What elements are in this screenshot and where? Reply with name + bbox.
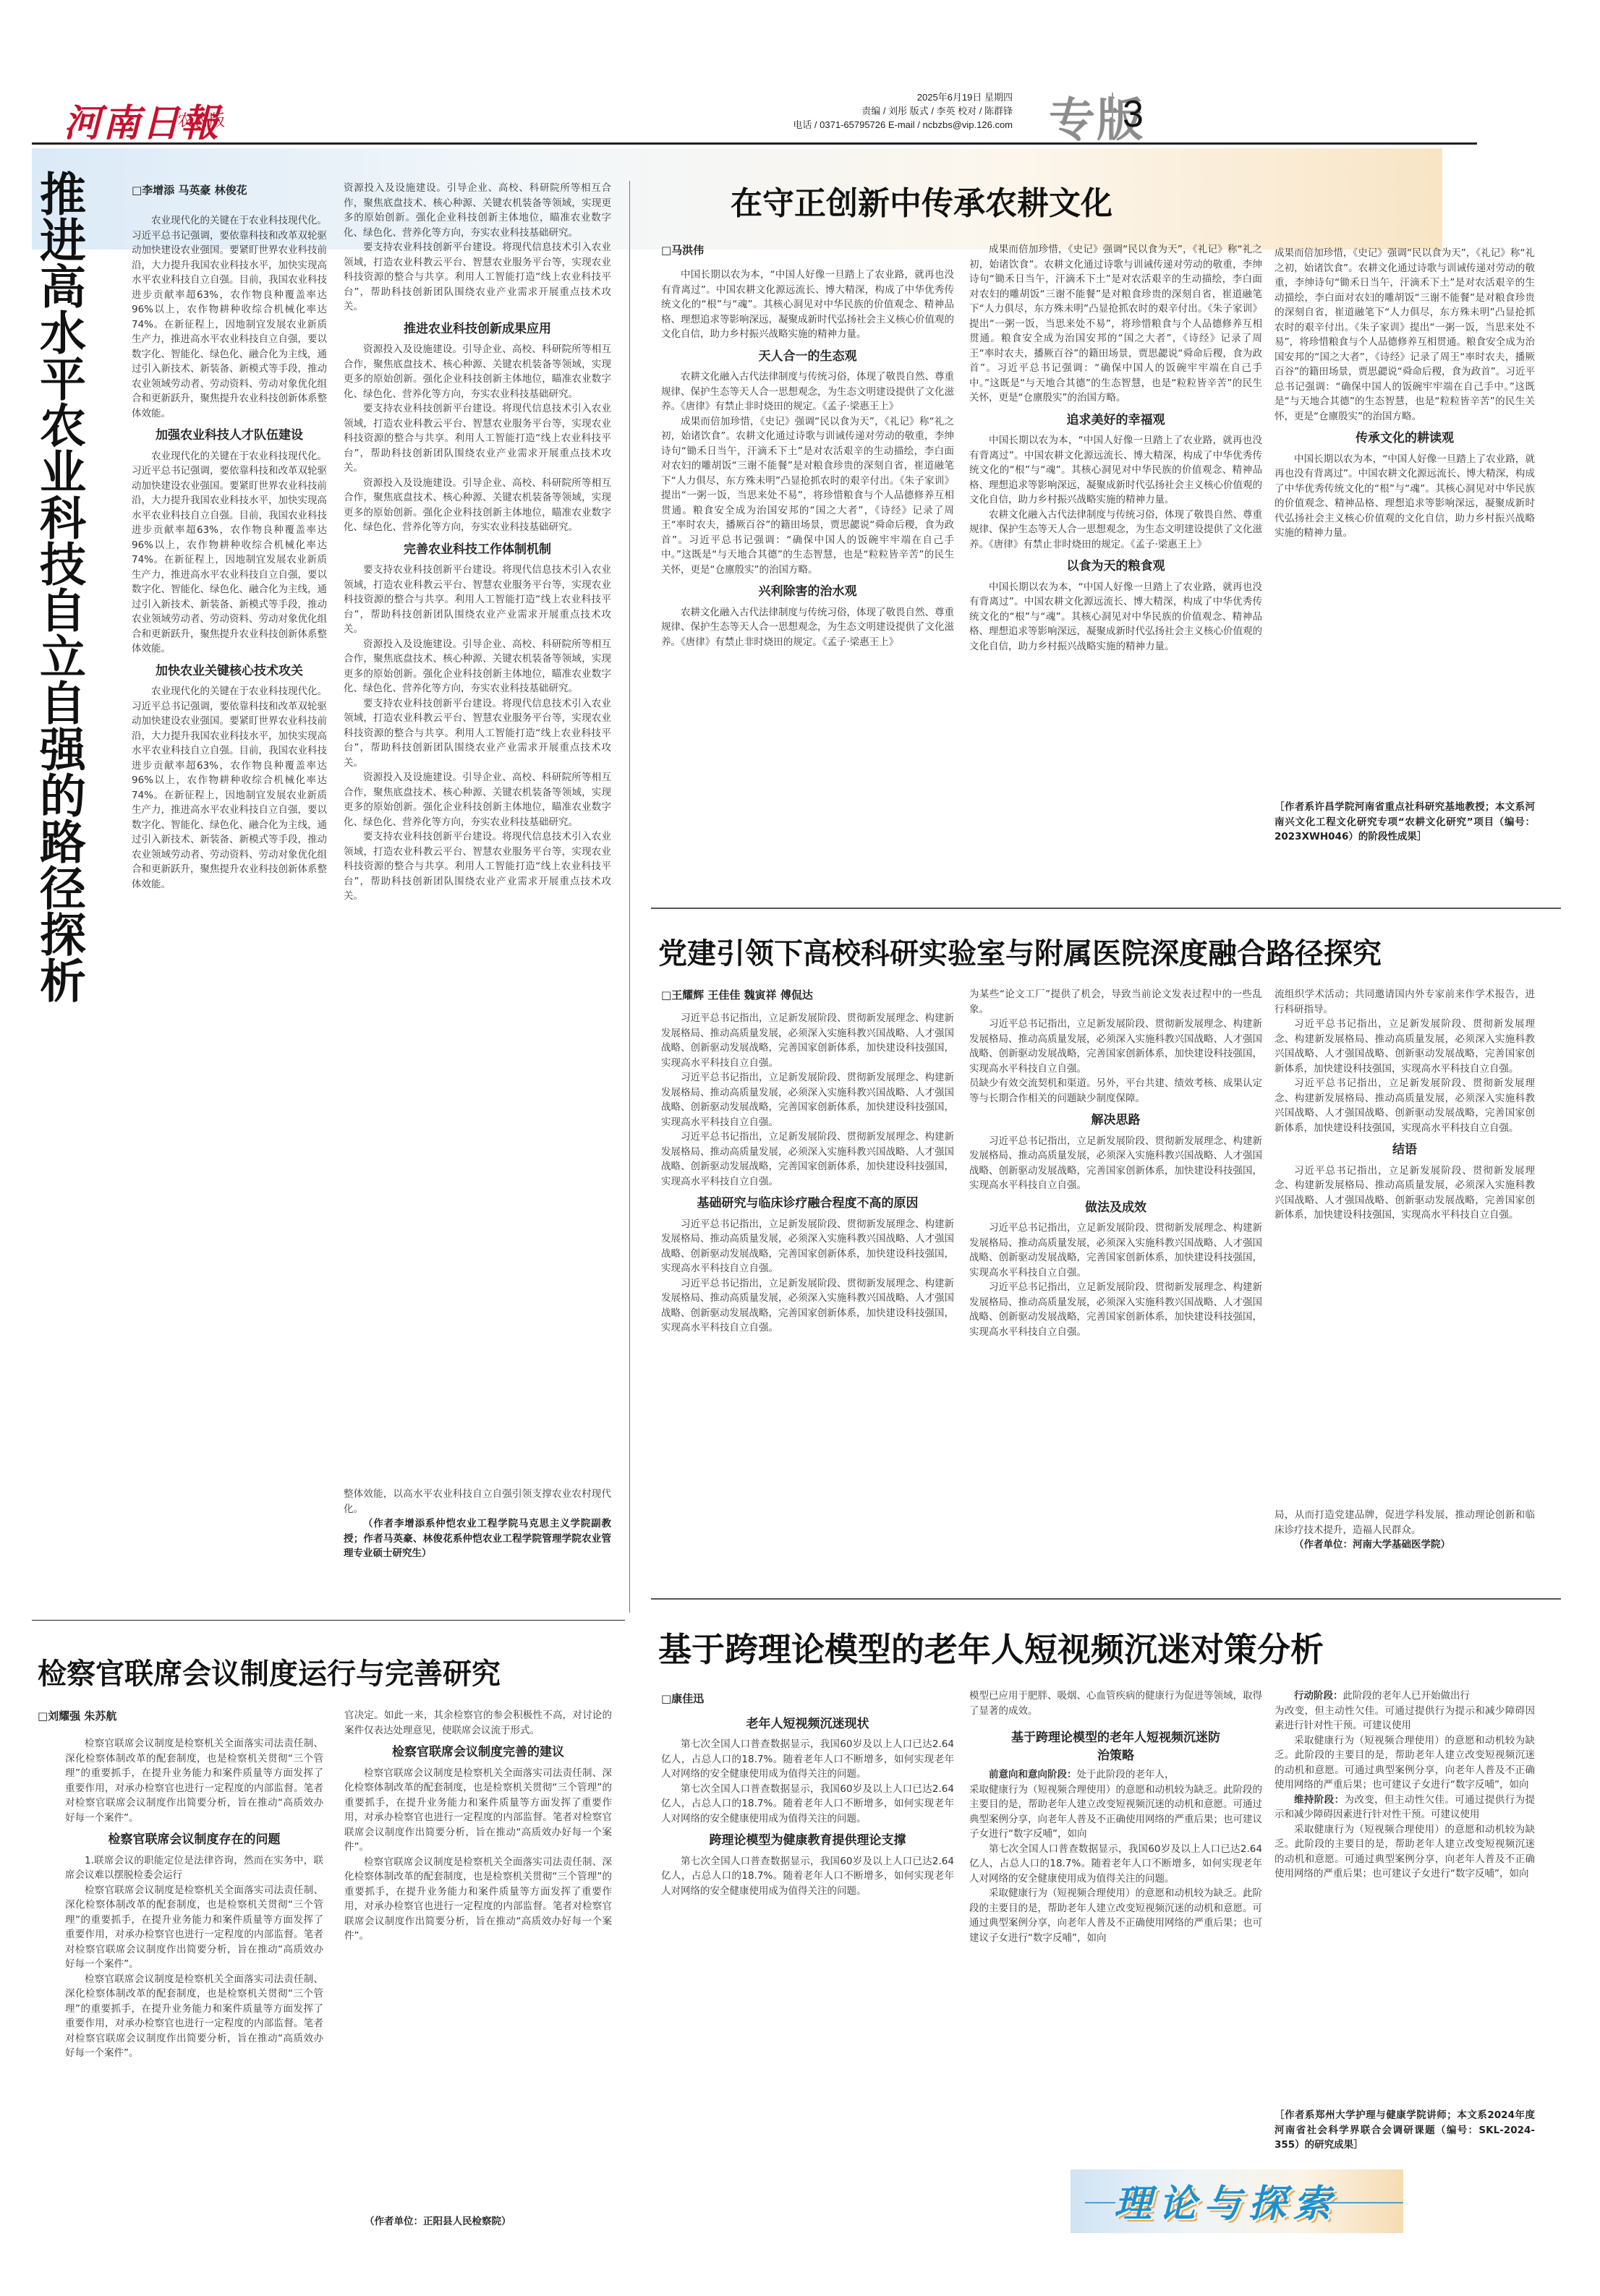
article-5-title: 基于跨理论模型的老年人短视频沉迷对策分析 [658,1623,1324,1671]
article-5-col-1: □康佳迅 老年人短视频沉迷现状 第七次全国人口普查数据显示，我国60岁及以上人口… [661,1691,954,2222]
article-2-author-note: ［作者系许昌学院河南省重点社科研究基地教授；本文系河南兴文化工程文化研究专项“农… [1275,800,1535,845]
article-divider [651,908,1561,909]
article-5-body-2: 模型已应用于肥胖、吸烟、心血管疾病的健康行为促进等领域，取得了显著的成效。 [969,1689,1262,1718]
paragraph: 资源投入及设施建设。引导企业、高校、科研院所等相互合作，聚焦底盘技术、核心种源、… [344,476,611,535]
article-1-title: 推进高水平农业科技自立自强的路径探析 [29,170,87,1023]
article-2-col-2: 成果而倍加珍惜，《史记》强调“民以食为天”，《礼记》称“礼之初，始诸饮食”。农耕… [969,242,1262,857]
paragraph: 采取健康行为（短视频合理使用）的意愿和动机较为缺乏。此阶段的主要目的是，帮助老年… [1275,1733,1535,1793]
article-3-body-3: 流组织学术活动；共同邀请国内外专家前来作学术报告，进行科研指导。 习近平总书记指… [1275,987,1535,1508]
article-1-col-2: 资源投入及设施建设。引导企业、高校、科研院所等相互合作，聚焦底盘技术、核心种源、… [344,181,611,1561]
article-2-title: 在守正创新中传承农耕文化 [731,177,1112,223]
article-4-title: 检察官联席会议制度运行与完善研究 [38,1651,501,1692]
paragraph: 习近平总书记指出，立足新发展阶段、贯彻新发展理念、构建新发展格局、推动高质量发展… [661,1070,954,1130]
subhead: 完善农业科技工作体制机制 [344,542,611,558]
article-2-body: 中国长期以农为本，“中国人好像一旦踏上了农业路，就再也没有背离过”。中国农耕文化… [661,268,954,861]
article-5-body-2b: 前意向和意向阶段：处于此阶段的老年人， 采取健康行为（短视频合理使用）的意愿和动… [969,1767,1262,2230]
subhead: 解决思路 [969,1113,1262,1128]
subhead: 兴利除害的治水观 [661,584,954,599]
article-5-col-2: 模型已应用于肥胖、吸烟、心血管疾病的健康行为促进等领域，取得了显著的成效。 基于… [969,1689,1262,2230]
subhead: 基础研究与临床诊疗融合程度不高的原因 [661,1196,954,1211]
article-5-body-3: 行动阶段：此阶段的老年人已开始做出行 为改变，但主动性欠佳。可通过提供行为提示和… [1275,1689,1535,2108]
subhead: 检察官联席会议制度存在的问题 [65,1832,323,1848]
page-number: 3 [1123,93,1144,136]
paragraph: 农业现代化的关键在于农业科技现代化。习近平总书记强调，要依靠科技和改革双轮驱动加… [132,213,327,421]
paragraph: 习近平总书记指出，立足新发展阶段、贯彻新发展理念、构建新发展格局、推动高质量发展… [969,1017,1262,1076]
subhead: 做法及成效 [969,1200,1262,1216]
paragraph: 成果而倍加珍惜，《史记》强调“民以食为天”，《礼记》称“礼之初，始诸饮食”。农耕… [1275,246,1535,424]
paragraph: 采取健康行为（短视频合理使用）的意愿和动机较为缺乏。此阶段的主要目的是，帮助老年… [969,1783,1262,1842]
subhead: 以食为天的粮食观 [969,559,1262,574]
paragraph: 检察官联席会议制度是检察机关全面落实司法责任制、深化检察体制改革的配套制度，也是… [344,1855,612,1944]
paragraph: 为某些“论文工厂”提供了机会，导致当前论文发表过程中的一些乱象。 [969,987,1262,1017]
issue-date: 2025年6月19日 星期四 [651,90,1013,104]
paragraph: 1.联席会议的职能定位是法律咨询，然而在实务中，联席会议难以摆脱检委会运行 [65,1853,323,1883]
paragraph: 农耕文化融入古代法律制度与传统习俗，体现了敬畏自然、尊重规律、保护生态等天人合一… [661,605,954,650]
stage-text: 处于此阶段的老年人， [1077,1769,1175,1780]
maintain-stage-label: 维持阶段： [1294,1794,1344,1806]
article-5-author-note: ［作者系郑州大学护理与健康学院讲师；本文系2024年度河南省社会科学界联合会调研… [1275,2108,1535,2153]
subhead: 传承文化的耕读观 [1275,431,1535,446]
edition-label: 农村版 [177,108,225,131]
article-divider [651,1598,1561,1600]
paragraph: 检察官联席会议制度是检察机关全面落实司法责任制、深化检察体制改革的配套制度，也是… [65,1972,323,2061]
article-divider [32,1620,625,1621]
article-1-col-1: □李增添 马英豪 林俊花 农业现代化的关键在于农业科技现代化。习近平总书记强调，… [132,182,327,1602]
article-3-closing: 局，从而打造党建品牌，促进学科发展，推动理论创新和临床诊疗技术提升，造福人民群众… [1275,1508,1535,1553]
subhead: 基于跨理论模型的老年人短视频沉迷防治策略 [1008,1727,1225,1763]
article-5-body: 第七次全国人口普查数据显示，我国60岁及以上人口已达2.64亿人，占总人口的18… [661,1737,954,2222]
subhead: 老年人短视频沉迷现状 [661,1713,954,1731]
paragraph: 为改变，但主动性欠佳。可通过提供行为提示和减少障碍因素进行针对性干预。可建议使用 [1275,1704,1535,1733]
paragraph: 检察官联席会议制度是检察机关全面落实司法责任制、深化检察体制改革的配套制度，也是… [344,1766,612,1855]
article-2-body-3: 成果而倍加珍惜，《史记》强调“民以食为天”，《礼记》称“礼之初，始诸饮食”。农耕… [1275,246,1535,795]
masthead-rule [32,142,1477,145]
article-2-byline: □马洪伟 [661,242,954,257]
action-stage-text: 此阶段的老年人已开始做出行 [1343,1690,1471,1702]
decorative-line [1085,2202,1115,2203]
paragraph: 习近平总书记指出，立足新发展阶段、贯彻新发展理念、构建新发展格局、推动高质量发展… [969,1221,1262,1280]
paragraph: 采取健康行为（短视频合理使用）的意愿和动机较为缺乏。此阶段的主要目的是，帮助老年… [969,1886,1262,1945]
article-4-body: 检察官联席会议制度是检察机关全面落实司法责任制、深化检察体制改革的配套制度，也是… [38,1736,323,2264]
article-1-body-2: 资源投入及设施建设。引导企业、高校、科研院所等相互合作，聚焦底盘技术、核心种源、… [344,181,611,1482]
article-2-col-3: 成果而倍加珍惜，《史记》强调“民以食为天”，《礼记》称“礼之初，始诸饮食”。农耕… [1275,246,1535,845]
subhead: 跨理论模型为健康教育提供理论支撑 [661,1833,954,1848]
paragraph: 资源投入及设施建设。引导企业、高校、科研院所等相互合作，聚焦底盘技术、核心种源、… [344,342,611,401]
paragraph: 农业现代化的关键在于农业科技现代化。习近平总书记强调，要依靠科技和改革双轮驱动加… [132,449,327,657]
article-3-col-2: 为某些“论文工厂”提供了机会，导致当前论文发表过程中的一些乱象。 习近平总书记指… [969,987,1262,1595]
author-note: （作者李增添系仲恺农业工程学院马克思主义学院副教授；作者马英豪、林俊花系仲恺农业… [344,1516,611,1561]
paragraph: 要支持农业科技创新平台建设。将现代信息技术引入农业领域，打造农业科教云平台、智慧… [344,240,611,315]
paragraph: 资源投入及设施建设。引导企业、高校、科研院所等相互合作，聚焦底盘技术、核心种源、… [344,637,611,696]
subhead: 加快农业关键核心技术攻关 [132,664,327,679]
paragraph: 中国长期以农为本，“中国人好像一旦踏上了农业路，就再也没有背离过”。中国农耕文化… [1275,452,1535,541]
paragraph: 流组织学术活动；共同邀请国内外专家前来作学术报告，进行科研指导。 [1275,987,1535,1017]
paragraph: 模型已应用于肥胖、吸烟、心血管疾病的健康行为促进等领域，取得了显著的成效。 [969,1689,1262,1718]
paragraph: 农耕文化融入古代法律制度与传统习俗，体现了敬畏自然、尊重规律、保护生态等天人合一… [661,370,954,414]
paragraph: 习近平总书记指出，立足新发展阶段、贯彻新发展理念、构建新发展格局、推动高质量发展… [1275,1076,1535,1135]
article-4-col-1: □刘耀强 朱苏航 检察官联席会议制度是检察机关全面落实司法责任制、深化检察体制改… [38,1708,323,2264]
paragraph: 习近平总书记指出，立足新发展阶段、贯彻新发展理念、构建新发展格局、推动高质量发展… [661,1130,954,1189]
article-4-body-2: 官决定。如此一来，其余检察官的参会积极性不高，对讨论的案件仅表达处理意见，使联席… [344,1708,612,2214]
paragraph: 习近平总书记指出，立足新发展阶段、贯彻新发展理念、构建新发展格局、推动高质量发展… [969,1134,1262,1193]
paragraph: 中国长期以农为本，“中国人好像一旦踏上了农业路，就再也没有背离过”。中国农耕文化… [969,433,1262,508]
paragraph: 检察官联席会议制度是检察机关全面落实司法责任制、深化检察体制改革的配套制度，也是… [65,1736,323,1825]
paragraph: 要支持农业科技创新平台建设。将现代信息技术引入农业领域，打造农业科教云平台、智慧… [344,401,611,476]
paragraph: 农业现代化的关键在于农业科技现代化。习近平总书记强调，要依靠科技和改革双轮驱动加… [132,684,327,892]
paragraph: 资源投入及设施建设。引导企业、高校、科研院所等相互合作，聚焦底盘技术、核心种源、… [344,181,611,240]
subhead: 结语 [1275,1143,1535,1158]
paragraph: 要支持农业科技创新平台建设。将现代信息技术引入农业领域，打造农业科教云平台、智慧… [344,563,611,637]
paragraph: 第七次全国人口普查数据显示，我国60岁及以上人口已达2.64亿人，占总人口的18… [661,1737,954,1782]
paragraph: 习近平总书记指出，立足新发展阶段、贯彻新发展理念、构建新发展格局、推动高质量发展… [1275,1017,1535,1076]
paragraph: 中国长期以农为本，“中国人好像一旦踏上了农业路，就再也没有背离过”。中国农耕文化… [661,268,954,342]
paragraph: 习近平总书记指出，立足新发展阶段、贯彻新发展理念、构建新发展格局、推动高质量发展… [969,1280,1262,1339]
article-4-col-2: 官决定。如此一来，其余检察官的参会积极性不高，对讨论的案件仅表达处理意见，使联席… [344,1708,612,2229]
paragraph: 成果而倍加珍惜，《史记》强调“民以食为天”，《礼记》称“礼之初，始诸饮食”。农耕… [969,242,1262,406]
paragraph: 第七次全国人口普查数据显示，我国60岁及以上人口已达2.64亿人，占总人口的18… [969,1842,1262,1887]
paragraph: 中国长期以农为本，“中国人好像一旦踏上了农业路，就再也没有背离过”。中国农耕文化… [969,580,1262,654]
subhead: 检察官联席会议制度完善的建议 [344,1745,612,1760]
issue-meta: 2025年6月19日 星期四 责编 / 刘彤 版式 / 李英 校对 / 陈群锋 … [651,90,1013,132]
subhead: 推进农业科技创新成果应用 [344,322,611,337]
article-2-col-1: □马洪伟 中国长期以农为本，“中国人好像一旦踏上了农业路，就再也没有背离过”。中… [661,242,954,861]
paragraph: 采取健康行为（短视频合理使用）的意愿和动机较为缺乏。此阶段的主要目的是，帮助老年… [1275,1822,1535,1882]
article-3-byline: □王耀辉 王佳佳 魏寅祥 傅侃达 [661,987,954,1002]
masthead: 河南日報 农村版 2025年6月19日 星期四 责编 / 刘彤 版式 / 李英 … [0,0,1600,145]
masthead-divider [1112,93,1113,135]
paragraph: 习近平总书记指出，立足新发展阶段、贯彻新发展理念、构建新发展格局、推动高质量发展… [661,1276,954,1336]
paragraph: 检察官联席会议制度是检察机关全面落实司法责任制、深化检察体制改革的配套制度，也是… [65,1883,323,1972]
paragraph: 习近平总书记指出，立足新发展阶段、贯彻新发展理念、构建新发展格局、推动高质量发展… [661,1011,954,1070]
author-note: （作者单位：河南大学基础医学院） [1275,1537,1535,1553]
subhead: 加强农业科技人才队伍建设 [132,428,327,443]
article-3-col-3: 流组织学术活动；共同邀请国内外专家前来作学术报告，进行科研指导。 习近平总书记指… [1275,987,1535,1553]
article-1-body: 农业现代化的关键在于农业科技现代化。习近平总书记强调，要依靠科技和改革双轮驱动加… [132,213,327,1602]
editor-credits: 责编 / 刘彤 版式 / 李英 校对 / 陈群锋 [651,104,1013,118]
paragraph: 第七次全国人口普查数据显示，我国60岁及以上人口已达2.64亿人，占总人口的18… [661,1782,954,1827]
paragraph: 农耕文化融入古代法律制度与传统习俗，体现了敬畏自然、尊重规律、保护生态等天人合一… [969,508,1262,552]
article-4-author-note: （作者单位：正阳县人民检察院） [344,2214,612,2229]
paragraph: 员缺少有效交流契机和渠道。另外，平台共建、绩效考核、成果认定等与长期合作相关的问… [969,1076,1262,1106]
paragraph: 习近平总书记指出，立足新发展阶段、贯彻新发展理念、构建新发展格局、推动高质量发展… [1275,1164,1535,1223]
paragraph: 局，从而打造党建品牌，促进学科发展，推动理论创新和临床诊疗技术提升，造福人民群众… [1275,1508,1535,1537]
paragraph: 习近平总书记指出，立足新发展阶段、贯彻新发展理念、构建新发展格局、推动高质量发展… [661,1217,954,1276]
paragraph: 要支持农业科技创新平台建设。将现代信息技术引入农业领域，打造农业科教云平台、智慧… [344,696,611,771]
stage-label: 前意向和意向阶段： [989,1769,1077,1780]
article-4-byline: □刘耀强 朱苏航 [38,1708,323,1723]
paragraph: 第七次全国人口普查数据显示，我国60岁及以上人口已达2.64亿人，占总人口的18… [661,1854,954,1899]
paragraph: 要支持农业科技创新平台建设。将现代信息技术引入农业领域，打造农业科教云平台、智慧… [344,829,611,904]
action-stage-label: 行动阶段： [1294,1690,1343,1702]
contact-info: 电话 / 0371-65795726 E-mail / ncbzbs@vip.1… [651,118,1013,132]
column-divider [629,181,630,1613]
article-1-byline: □李增添 马英豪 林俊花 [132,182,327,197]
subhead: 追求美好的幸福观 [969,413,1262,428]
article-1-closing: 整体效能，以高水平农业科技自立自强引领支撑农业农村现代化。 （作者李增添系仲恺农… [344,1487,611,1561]
article-5-col-3: 行动阶段：此阶段的老年人已开始做出行 为改变，但主动性欠佳。可通过提供行为提示和… [1275,1689,1535,2153]
paragraph: 官决定。如此一来，其余检察官的参会积极性不高，对讨论的案件仅表达处理意见，使联席… [344,1708,612,1738]
column-tag: 理论与探索 [1114,2173,1338,2227]
article-5-byline: □康佳迅 [661,1691,954,1706]
article-2-body-2: 成果而倍加珍惜，《史记》强调“民以食为天”，《礼记》称“礼之初，始诸饮食”。农耕… [969,242,1262,857]
article-3-col-1: □王耀辉 王佳佳 魏寅祥 傅侃达 习近平总书记指出，立足新发展阶段、贯彻新发展理… [661,987,954,1597]
paragraph: 成果而倍加珍惜，《史记》强调“民以食为天”，《礼记》称“礼之初，始诸饮食”。农耕… [661,414,954,578]
paragraph: 整体效能，以高水平农业科技自立自强引领支撑农业农村现代化。 [344,1487,611,1516]
subhead: 天人合一的生态观 [661,349,954,364]
article-3-body-2: 为某些“论文工厂”提供了机会，导致当前论文发表过程中的一些乱象。 习近平总书记指… [969,987,1262,1595]
article-3-title: 党建引领下高校科研实验室与附属医院深度融合路径探究 [658,931,1382,972]
decorative-line [1302,2202,1403,2203]
paragraph: 资源投入及设施建设。引导企业、高校、科研院所等相互合作，聚焦底盘技术、核心种源、… [344,770,611,829]
article-3-body: 习近平总书记指出，立足新发展阶段、贯彻新发展理念、构建新发展格局、推动高质量发展… [661,1011,954,1597]
